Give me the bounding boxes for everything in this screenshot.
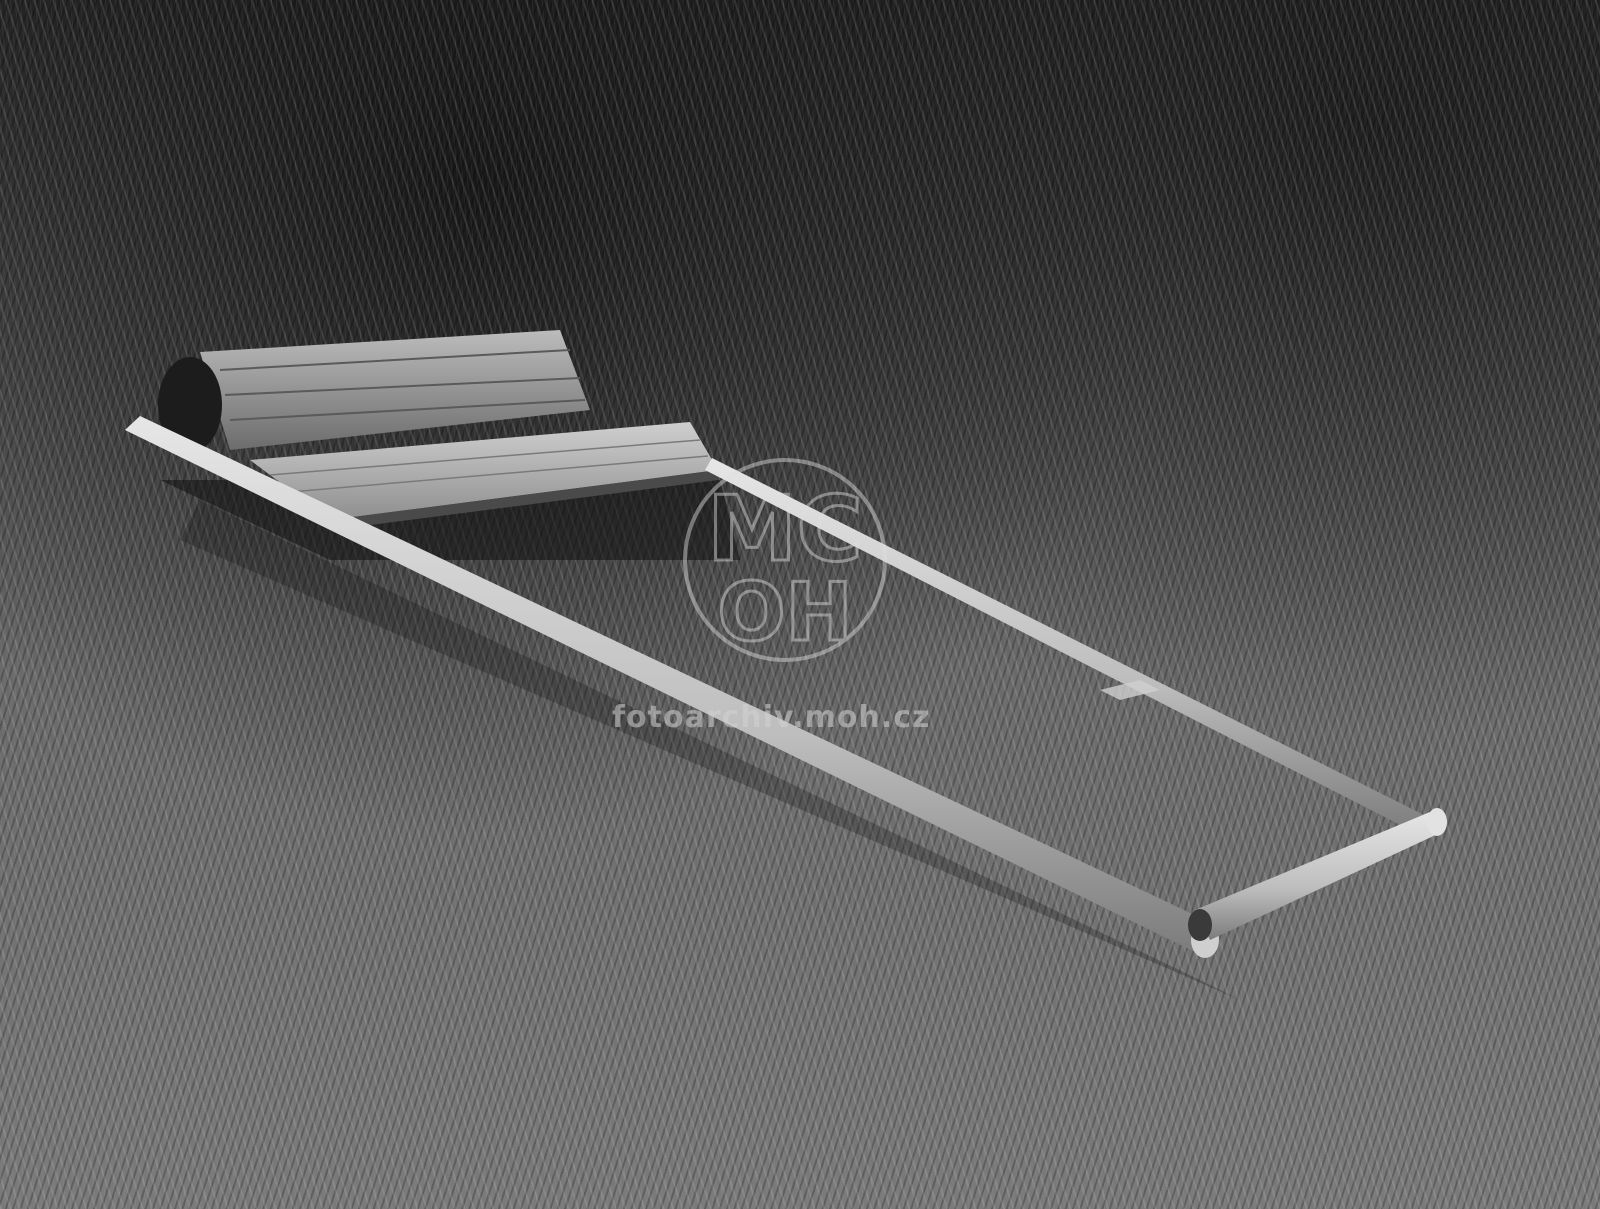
watermark-logo-bottom: OH bbox=[718, 566, 853, 659]
sled-shadow bbox=[160, 480, 1240, 1000]
log-backrest bbox=[158, 330, 590, 453]
sled-scene: MC OH bbox=[0, 0, 1600, 1209]
watermark-logo: MC OH bbox=[685, 460, 885, 660]
end-crossbar bbox=[1188, 808, 1447, 941]
archival-photo: MC OH fotoarchiv.moh.cz bbox=[0, 0, 1600, 1209]
watermark-text: fotoarchiv.moh.cz bbox=[612, 700, 930, 735]
